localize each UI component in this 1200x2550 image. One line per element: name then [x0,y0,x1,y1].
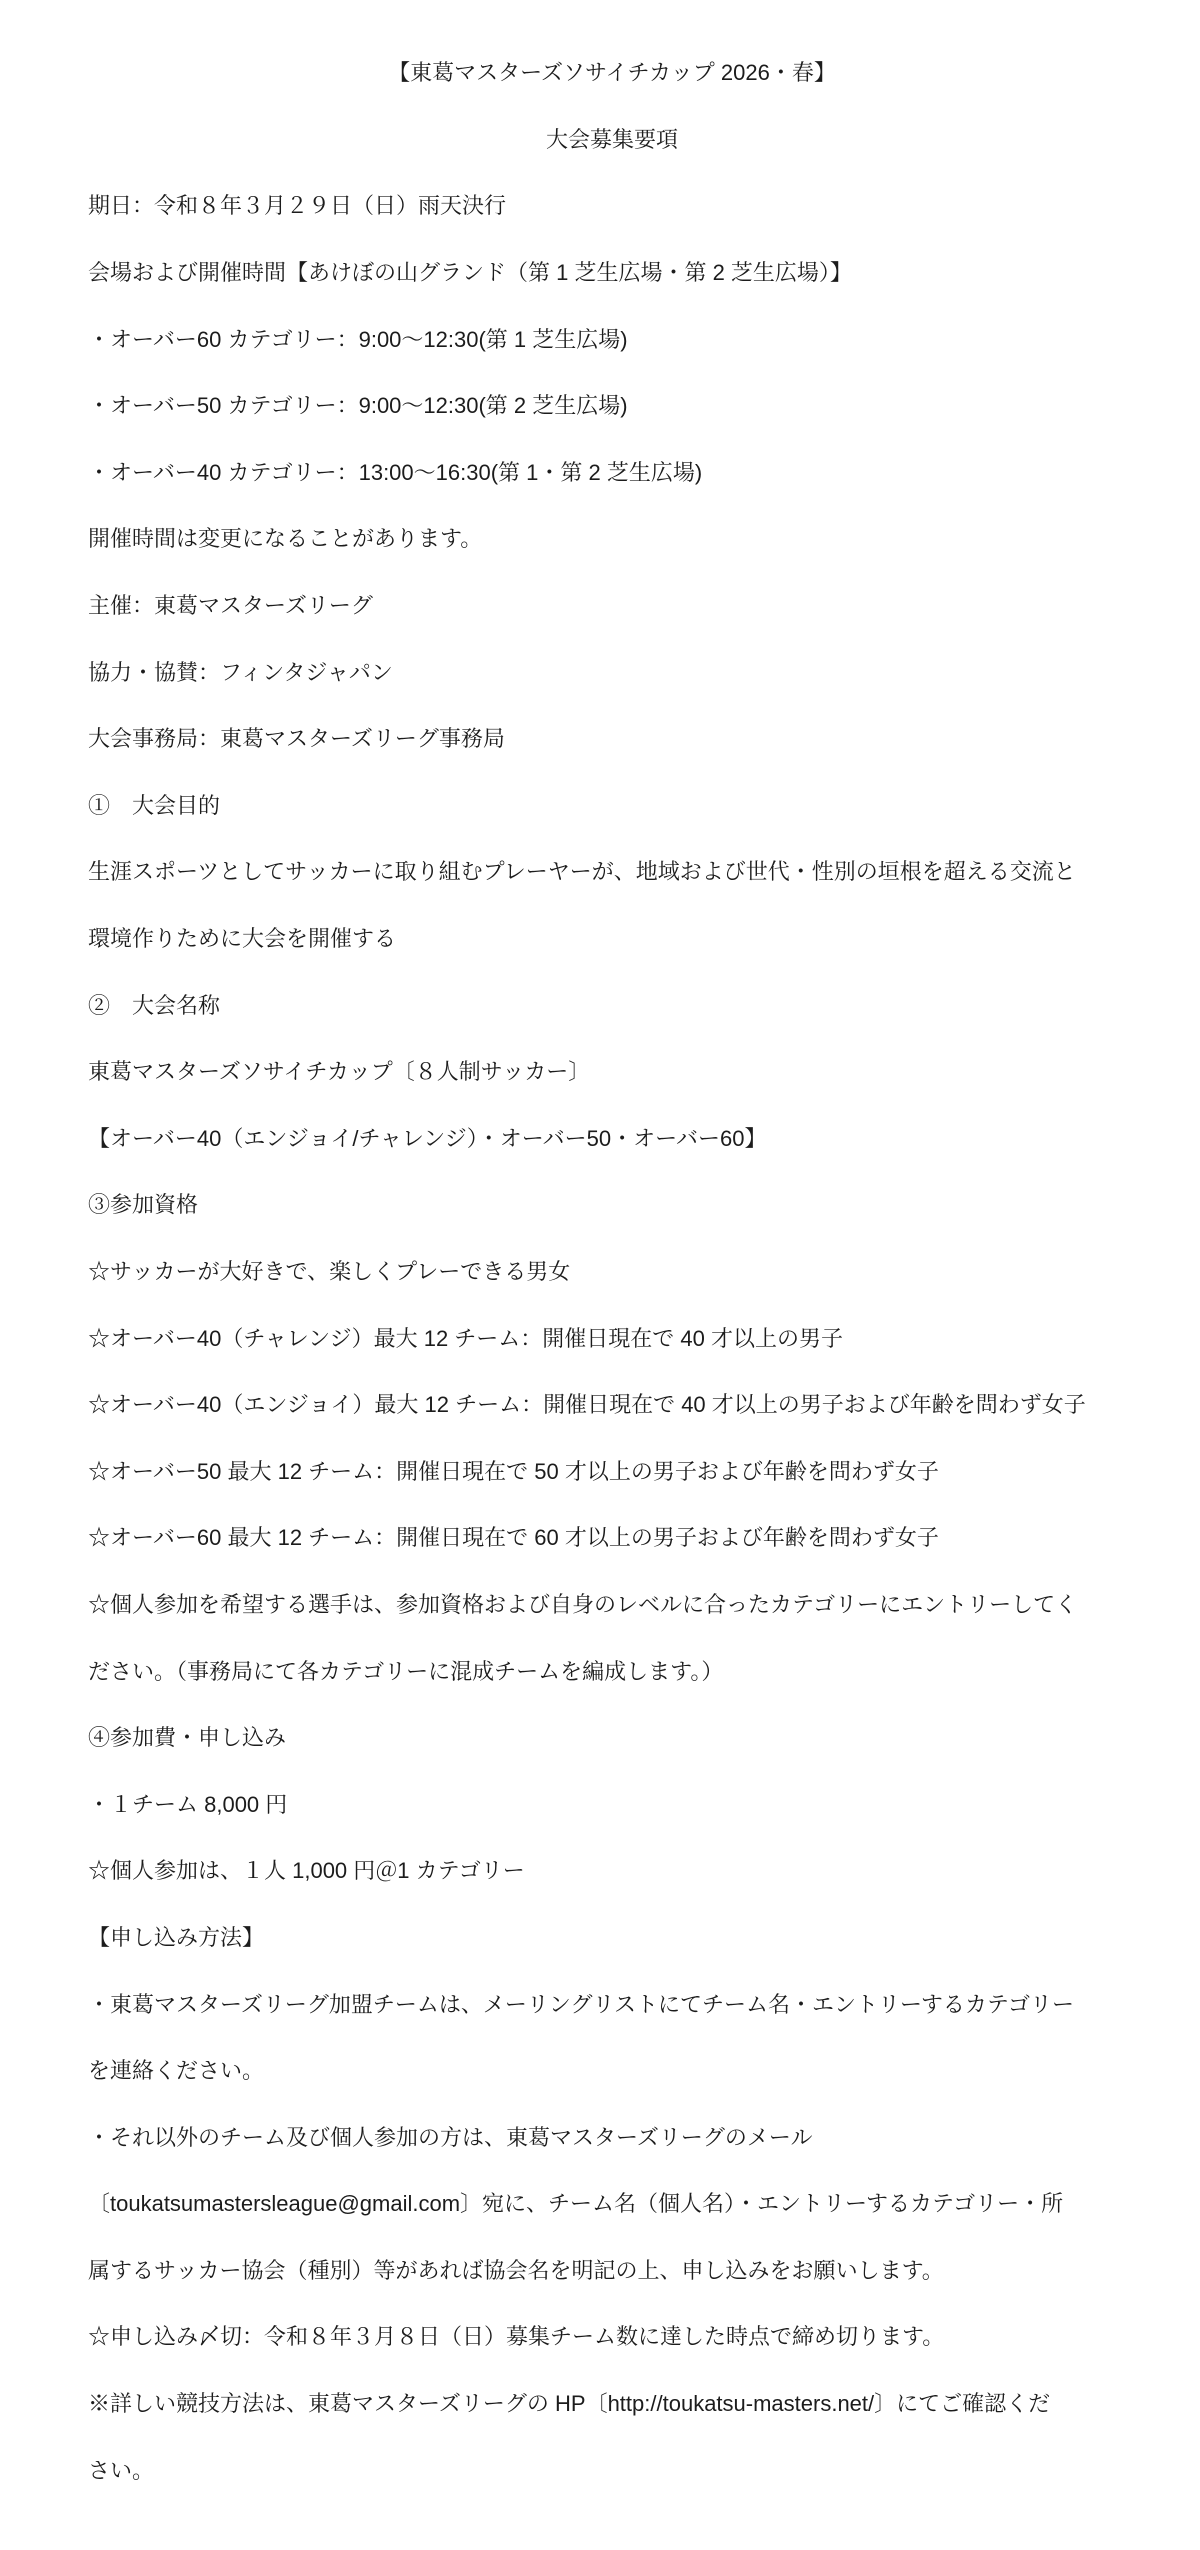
doc-line-office: 大会事務局：東葛マスターズリーグ事務局 [88,706,1136,773]
doc-heading-apply: 【申し込み方法】 [88,1905,1136,1972]
doc-line: ・オーバー40 カテゴリー：13:00～16:30(第 1・第 2 芝生広場) [88,440,1136,507]
doc-line: ☆オーバー40（チャレンジ）最大 12 チーム：開催日現在で 40 才以上の男子 [88,1305,1136,1372]
doc-subtitle: 大会募集要項 [88,107,1136,174]
doc-line: 属するサッカー協会（種別）等があれば協会名を明記の上、申し込みをお願いします。 [88,2238,1136,2305]
doc-line: 生涯スポーツとしてサッカーに取り組むプレーヤーが、地域および世代・性別の垣根を超… [88,839,1136,906]
doc-line: ☆オーバー40（エンジョイ）最大 12 チーム：開催日現在で 40 才以上の男子… [88,1372,1136,1439]
doc-line-deadline: ☆申し込み〆切：令和８年３月８日（日）募集チーム数に達した時点で締め切ります。 [88,2304,1136,2371]
doc-line: ・それ以外のチーム及び個人参加の方は、東葛マスターズリーグのメール [88,2104,1136,2171]
doc-line: 環境作りために大会を開催する [88,906,1136,973]
doc-title: 【東葛マスターズソサイチカップ 2026・春】 [88,40,1136,107]
doc-line-website: ※詳しい競技方法は、東葛マスターズリーグの HP〔http://toukatsu… [88,2371,1136,2438]
doc-line: さい。 [88,2437,1136,2504]
doc-line: ださい。（事務局にて各カテゴリーに混成チームを編成します。） [88,1638,1136,1705]
doc-line: 【オーバー40（エンジョイ/チャレンジ）・オーバー50・オーバー60】 [88,1106,1136,1173]
doc-line: ・オーバー50 カテゴリー：9:00～12:30(第 2 芝生広場) [88,373,1136,440]
doc-heading-eligibility: ③参加資格 [88,1172,1136,1239]
doc-line: ・東葛マスターズリーグ加盟チームは、メーリングリストにてチーム名・エントリーする… [88,1971,1136,2038]
doc-heading-fee: ④参加費・申し込み [88,1705,1136,1772]
doc-line: ☆サッカーが大好きで、楽しくプレーできる男女 [88,1239,1136,1306]
doc-line: ☆個人参加を希望する選手は、参加資格および自身のレベルに合ったカテゴリーにエント… [88,1572,1136,1639]
doc-line: ☆個人参加は、１人 1,000 円＠1 カテゴリー [88,1838,1136,1905]
doc-line: ☆オーバー50 最大 12 チーム：開催日現在で 50 才以上の男子および年齢を… [88,1438,1136,1505]
doc-heading-name: ② 大会名称 [88,972,1136,1039]
doc-heading-purpose: ① 大会目的 [88,773,1136,840]
doc-line: 東葛マスターズソサイチカップ〔８人制サッカー〕 [88,1039,1136,1106]
document-page: 【東葛マスターズソサイチカップ 2026・春】 大会募集要項 期日：令和８年３月… [0,0,1200,2550]
doc-line-email: 〔toukatsumastersleague@gmail.com〕宛に、チーム名… [88,2171,1136,2238]
doc-line-sponsor: 協力・協賛：フィンタジャパン [88,639,1136,706]
doc-line-organizer: 主催：東葛マスターズリーグ [88,573,1136,640]
doc-line: ・１チーム 8,000 円 [88,1771,1136,1838]
doc-line: を連絡ください。 [88,2038,1136,2105]
doc-line: 開催時間は変更になることがあります。 [88,506,1136,573]
doc-line-date: 期日：令和８年３月２９日（日）雨天決行 [88,173,1136,240]
doc-line-venue: 会場および開催時間【あけぼの山グランド（第 1 芝生広場・第 2 芝生広場）】 [88,240,1136,307]
doc-line: ☆オーバー60 最大 12 チーム：開催日現在で 60 才以上の男子および年齢を… [88,1505,1136,1572]
doc-line: ・オーバー60 カテゴリー：9:00～12:30(第 1 芝生広場) [88,306,1136,373]
